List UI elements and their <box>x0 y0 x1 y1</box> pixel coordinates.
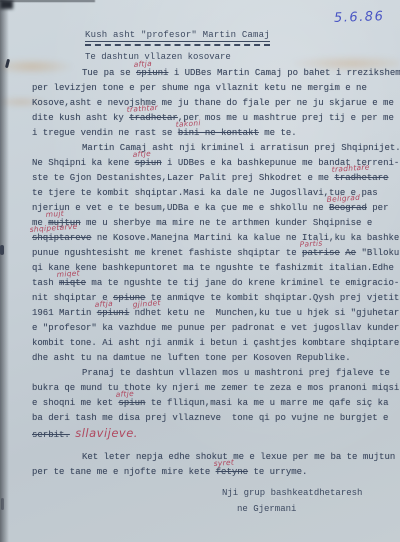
handwritten-correction: tradhtare <box>332 163 371 174</box>
document-line: ste te Gjon Destanishtes,Lazer Palit pre… <box>32 171 400 186</box>
typed-text: Pranaj te dashtun vllazen mos u mashtron… <box>82 368 390 378</box>
typed-text: "Bllokut <box>356 248 400 258</box>
document-line: per te tane me e njofte mire kete fetyne… <box>32 465 400 480</box>
typed-text: ma te ngushte te tij jane do krene krimi… <box>86 278 399 288</box>
typed-text: Kosove,asht e nevojshme me ju thane do f… <box>32 98 394 108</box>
document-line: e shoqni me ket spiunaftje te flliqun,ma… <box>32 396 400 411</box>
scan-edge-shadow <box>0 0 95 2</box>
typed-text: e shoqni me ket <box>32 398 118 408</box>
handwritten-correction: Beligrad <box>327 194 361 204</box>
typed-text: per <box>367 203 389 213</box>
document-line: i tregue vendin ne rast se bini ne konta… <box>32 126 400 141</box>
document-line: nit shqiptar e spiune te anmiqve te komb… <box>32 291 400 306</box>
handwritten-correction: syret <box>213 459 234 468</box>
handwritten-correction: Partis <box>299 239 322 249</box>
struck-word: shqiptareveshqipetarve <box>32 233 91 243</box>
typed-text <box>129 308 134 318</box>
margin-ink-mark <box>1 498 4 510</box>
document-line: njeriun e vet e te besum,UDBa e ka çue m… <box>32 201 400 216</box>
typed-text: dhe asht tu na damtue ne luften tone per… <box>32 353 351 363</box>
typed-text: te anmiqve te kombit shqiptar.Qysh prej … <box>145 293 399 303</box>
struck-word: miqtemiqet <box>59 278 86 288</box>
handwritten-correction: gjindet <box>132 299 161 309</box>
scan-edge-shadow <box>0 0 9 542</box>
struck-word: spiunaftje <box>118 398 145 408</box>
document-line: kombit tone. Ai asht nji anmik i betun i… <box>32 336 400 351</box>
struck-word: BeogradBeligrad <box>329 203 367 213</box>
scanned-letter-page: 5.6.86 Kush asht "profesor" Martin Camaj… <box>0 0 400 542</box>
typed-text: bukra qe mund tu thote ky njeri me zemer… <box>32 383 399 393</box>
handwritten-correction: miqet <box>56 269 80 279</box>
typed-text: tash <box>32 278 59 288</box>
margin-ink-mark <box>5 59 10 68</box>
typed-text: Ket leter nepja edhe shokut me e lexue p… <box>82 452 395 462</box>
document-line: bukra qe mund tu thote ky njeri me zemer… <box>32 381 400 396</box>
typed-text: me u sherbye ma mire ne te arthmen kunde… <box>81 218 373 228</box>
typed-text: ketu ne Munchen,ku tue u hjek si "gjuhet… <box>162 308 400 318</box>
document-line: per levizjen tone e per shume nga vllazn… <box>32 81 400 96</box>
typed-text: njeriun e vet e te besum,UDBa e ka çue m… <box>32 203 329 213</box>
letter-title: Kush asht "profesor" Martin Camaj <box>85 30 270 42</box>
typed-text: ne Kosove.Manejna Martini ka kalue ne It… <box>91 233 400 243</box>
handwritten-correction: aftja <box>94 300 113 309</box>
document-line: Tue pa se spiuniaftja i UDBes Martin Cam… <box>32 66 400 81</box>
typed-text: dite kush asht ky <box>32 113 129 123</box>
letter-content: Kush asht "profesor" Martin Camaj Te das… <box>32 24 400 514</box>
typed-text: te flliqun,masi ka me u marre me qafe si… <box>145 398 388 408</box>
corner-smudge <box>0 0 13 9</box>
typed-text: ba deri tash me disa prej vllazneve tone… <box>32 413 388 423</box>
struck-word: Ae <box>345 248 356 258</box>
document-line: shqiptareveshqipetarve ne Kosove.Manejna… <box>32 231 400 246</box>
typed-text: ndhetgjindet <box>135 308 162 318</box>
struck-word: serbit. <box>32 430 70 440</box>
struck-word: patrisePartis <box>302 248 340 258</box>
typed-text: i tregue vendin ne rast se <box>32 128 178 138</box>
document-line: e "profesor" ka vazhdue me punue per pad… <box>32 321 400 336</box>
handwritten-word: sllavijeve. <box>75 426 138 440</box>
document-line: me mujtunmujt me u sherbye ma mire ne te… <box>32 216 400 231</box>
typed-text: 1961 Martin <box>32 308 97 318</box>
document-line: Martin Camaj asht nji kriminel i arratis… <box>32 141 400 156</box>
struck-word: spiuniaftja <box>97 308 129 318</box>
typed-text: ,per mos me u mashtrue prej tij e per me <box>178 113 394 123</box>
document-line: tash miqtemiqet ma te ngushte te tij jan… <box>32 276 400 291</box>
typed-text: kombit tone. Ai asht nji anmik i betun i… <box>32 338 399 348</box>
handwritten-correction: aftje <box>116 390 135 399</box>
typed-text: i UDBes Martin Camaj po bahet i rreziksh… <box>168 68 400 78</box>
typed-text: me te. <box>259 128 297 138</box>
typed-text: e "profesor" ka vazhdue me punue per pad… <box>32 323 399 333</box>
letter-title-block: Kush asht "profesor" Martin Camaj <box>85 30 270 46</box>
title-dashed-underline <box>85 44 270 46</box>
document-line: 1961 Martin spiuniaftja ndhetgjindet ket… <box>32 306 400 321</box>
document-line: Kosove,asht e nevojshme me ju thane do f… <box>32 96 400 111</box>
handwritten-correction: mujt <box>46 210 65 219</box>
typed-text: per te tane me e njofte mire kete <box>32 467 216 477</box>
struck-word: bini ne kontakttakoni <box>178 128 259 138</box>
handwritten-correction: aftje <box>132 150 151 159</box>
struck-word: tradhetartrathtar <box>129 113 178 123</box>
handwritten-correction: aftja <box>133 60 152 69</box>
struck-word: spiunaftje <box>135 158 162 168</box>
margin-ink-mark <box>0 245 4 255</box>
document-line: dite kush asht ky tradhetartrathtar,per … <box>32 111 400 126</box>
signature-line: Nji grup bashkeatdhetaresh <box>222 488 400 498</box>
typed-text: Martin Camaj asht nji kriminel i arratis… <box>82 143 400 153</box>
document-line: Pranaj te dashtun vllazen mos u mashtron… <box>32 366 400 381</box>
handwritten-correction: takoni <box>175 119 201 129</box>
document-line: punue ngushtesisht me krenet fashiste sh… <box>32 246 400 261</box>
typed-text: Tue pa se <box>82 68 136 78</box>
document-line: dhe asht tu na damtue ne luften tone per… <box>32 351 400 366</box>
signature-line: ne Gjermani <box>237 504 400 514</box>
typed-text: te urryme. <box>248 467 307 477</box>
typed-text: per levizjen tone e per shume nga vllazn… <box>32 83 367 93</box>
typed-text: qi kane kene bashkepuntoret ma te ngusht… <box>32 263 394 273</box>
handwritten-correction: trathtar <box>127 104 159 114</box>
letter-body: Tue pa se spiuniaftja i UDBes Martin Cam… <box>32 66 400 480</box>
document-line: serbit. sllavijeve. <box>32 426 400 443</box>
struck-word: tradhetaretradhtare <box>334 173 388 183</box>
handwritten-correction: shqipetarve <box>29 223 77 234</box>
document-line: ba deri tash me disa prej vllazneve tone… <box>32 411 400 426</box>
typed-text: ste te Gjon Destanishtes,Lazer Palit pre… <box>32 173 334 183</box>
struck-word: spiuniaftja <box>136 68 168 78</box>
struck-word: fetynesyret <box>216 467 248 477</box>
typed-text: Ne Shqipni ka kene <box>32 158 135 168</box>
letter-salutation: Te dashtun vllazen kosovare <box>85 52 400 62</box>
letter-signature: Nji grup bashkeatdhetaresh ne Gjermani <box>32 488 400 514</box>
typed-text: punue ngushtesisht me krenet fashiste sh… <box>32 248 302 258</box>
document-line: qi kane kene bashkepuntoret ma te ngusht… <box>32 261 400 276</box>
